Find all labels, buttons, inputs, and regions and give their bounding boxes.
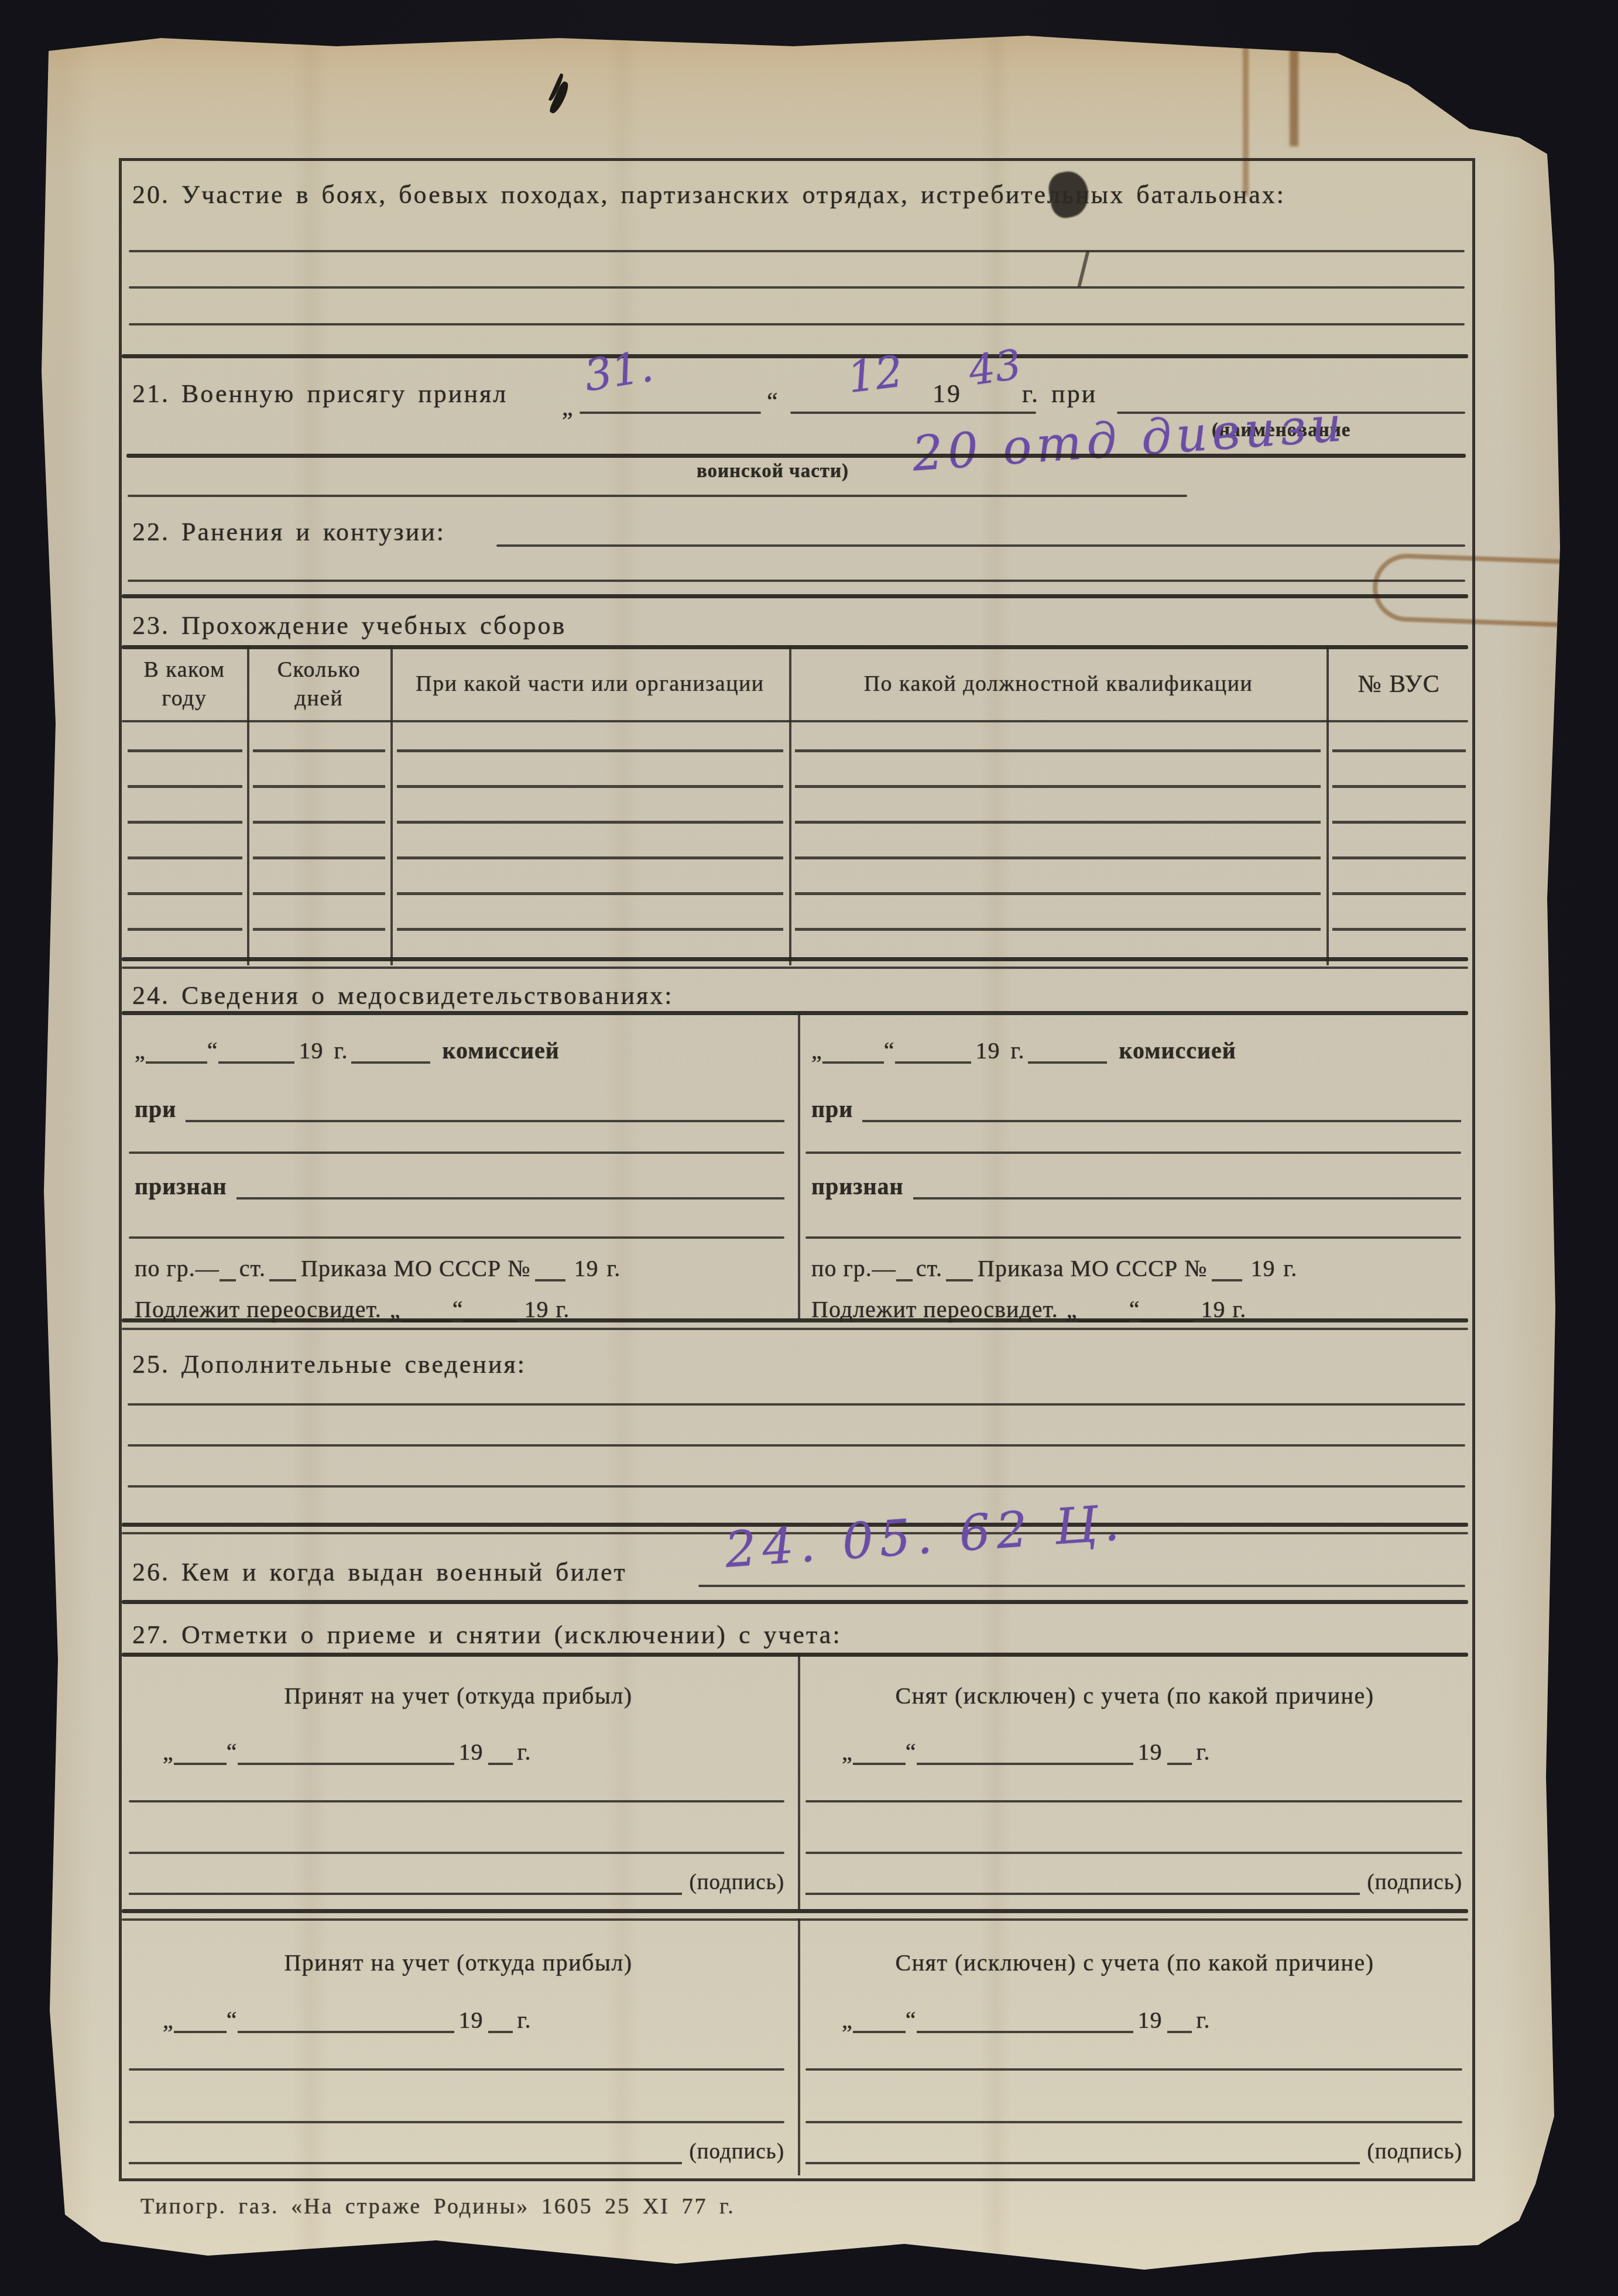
st-label: ст. xyxy=(913,1256,946,1281)
oath-month-line[interactable] xyxy=(790,412,1036,414)
table-divider xyxy=(1326,645,1329,965)
table-divider xyxy=(247,645,249,965)
med-order-row[interactable]: по гр.— ст. Приказа МО СССР № 19 г. xyxy=(811,1252,1297,1281)
year-19: 19 xyxy=(454,1739,488,1765)
year-19: 19 xyxy=(1242,1256,1283,1281)
med-pri-row[interactable]: при xyxy=(135,1093,784,1122)
med-order-row[interactable]: по гр.— ст. Приказа МО СССР № 19 г. xyxy=(135,1252,621,1281)
oath-year-prefix: 19 xyxy=(933,379,962,409)
blank xyxy=(917,1736,1133,1765)
ruled-line xyxy=(129,323,1465,325)
ruled-line xyxy=(805,1800,1462,1802)
section22-number: 22. xyxy=(132,518,170,546)
section26-title-text: Кем и когда выдан военный билет xyxy=(181,1558,627,1586)
close-quote: “ xyxy=(227,1739,238,1765)
open-quote: „ xyxy=(163,2007,174,2033)
section23-number: 23. xyxy=(132,611,170,640)
col-header-qualification: По какой должностной квалификации xyxy=(795,652,1322,717)
section22-title: 22. Ранения и контузии: xyxy=(132,517,445,547)
col-header-unit: При какой части или организации xyxy=(397,652,783,717)
blank xyxy=(129,2135,682,2164)
med-priznan-row[interactable]: признан xyxy=(135,1170,784,1200)
close-quote: “ xyxy=(227,2007,238,2033)
blank xyxy=(351,1034,430,1064)
table-bottom-border xyxy=(122,957,1468,961)
col-header-vus: № ВУС xyxy=(1329,652,1469,717)
year-19: 19 xyxy=(294,1038,334,1064)
form-frame: 20. Участие в боях, боевых походах, парт… xyxy=(119,158,1475,2181)
blank xyxy=(896,1252,913,1281)
ink-mark-top xyxy=(549,80,571,115)
section20-title: 20. Участие в боях, боевых походах, парт… xyxy=(132,180,1286,210)
blank xyxy=(269,1252,296,1281)
handwritten-day: 31. xyxy=(581,341,657,401)
blank xyxy=(535,1252,565,1281)
year-19: 19 xyxy=(454,2007,488,2033)
ruled-line xyxy=(805,1852,1462,1854)
printer-imprint: Типогр. газ. «На страже Родины» 1605 25 … xyxy=(140,2194,735,2219)
st-label: ст. xyxy=(236,1256,269,1281)
signature-row[interactable]: (подпись) xyxy=(129,2135,784,2164)
section23-title: 23. Прохождение учебных сборов xyxy=(132,611,566,640)
po-gr-label: по гр.— xyxy=(135,1256,220,1281)
handwritten-month: 12 xyxy=(845,347,906,403)
g-label: г. xyxy=(334,1038,352,1064)
ruled-line xyxy=(129,1800,784,1802)
wounds-line[interactable] xyxy=(496,544,1465,547)
blank xyxy=(946,1252,973,1281)
open-quote: „ xyxy=(135,1038,146,1064)
pri-label: при xyxy=(811,1096,862,1122)
ruled-line xyxy=(129,286,1465,289)
section22-title-text: Ранения и контузии: xyxy=(181,518,445,546)
blank xyxy=(853,1736,906,1765)
med-pri-row[interactable]: при xyxy=(811,1093,1461,1122)
podpis-label: (подпись) xyxy=(1360,2140,1462,2164)
blank xyxy=(917,2004,1133,2033)
blank xyxy=(805,2135,1360,2164)
uchet-removed-header: Снят (исключен) с учета (по какой причин… xyxy=(805,1678,1464,1714)
section-separator xyxy=(122,594,1468,598)
blank xyxy=(895,1034,971,1064)
section27-title: 27. Отметки о приеме и снятии (исключени… xyxy=(132,1620,842,1650)
close-quote: “ xyxy=(906,2007,917,2033)
close-quote: “ xyxy=(906,1739,917,1765)
year-19: 19 xyxy=(565,1256,606,1281)
ruled-line xyxy=(128,1485,1465,1488)
year-19: 19 xyxy=(1133,2007,1167,2033)
document-scan: 20. Участие в боях, боевых походах, парт… xyxy=(0,0,1618,2296)
open-quote: „ xyxy=(811,1038,822,1064)
blank xyxy=(220,1252,236,1281)
close-quote: “ xyxy=(884,1038,895,1064)
ruled-line xyxy=(805,1152,1461,1154)
blank xyxy=(174,2004,227,2033)
blank xyxy=(236,1170,784,1200)
ruled-line xyxy=(129,2121,784,2123)
g-label: г. xyxy=(513,2007,532,2033)
blank xyxy=(488,1736,513,1765)
ruled-line xyxy=(805,2068,1462,2071)
blank xyxy=(862,1093,1461,1122)
section23-title-text: Прохождение учебных сборов xyxy=(181,611,566,640)
section-separator xyxy=(122,1600,1468,1604)
podpis-label: (подпись) xyxy=(682,2140,784,2164)
section-separator xyxy=(122,354,1468,358)
section-separator xyxy=(122,1909,1468,1913)
section20-number: 20. xyxy=(132,180,170,209)
g-label: г. xyxy=(513,1739,532,1765)
section21-number: 21. xyxy=(132,379,170,408)
med-columns-divider xyxy=(798,1011,800,1318)
handwritten-issue-date: 24. 05. 62 Ц. xyxy=(723,1493,1126,1578)
ruled-line xyxy=(122,967,1468,969)
year-19: 19 xyxy=(971,1038,1011,1064)
col-header-days: Сколько дней xyxy=(252,652,386,717)
table-divider xyxy=(390,645,393,965)
signature-row[interactable]: (подпись) xyxy=(805,2135,1462,2164)
blank xyxy=(129,1866,682,1895)
blank xyxy=(146,1034,207,1064)
pri-label: при xyxy=(135,1096,186,1122)
blank xyxy=(822,1034,884,1064)
section25-title-text: Дополнительные сведения: xyxy=(181,1350,526,1379)
section20-title-text: Участие в боях, боевых походах, партизан… xyxy=(181,180,1286,209)
col-header-year: В каком году xyxy=(124,652,245,717)
section24-title: 24. Сведения о медосвидетельствованиях: xyxy=(132,981,673,1010)
uchet-accepted-header: Принят на учет (откуда прибыл) xyxy=(133,1945,783,1980)
ruled-line xyxy=(126,454,1466,458)
blank xyxy=(805,1866,1360,1895)
open-quote: „ xyxy=(163,1739,174,1765)
ruled-line xyxy=(805,2121,1462,2123)
priznan-label: признан xyxy=(135,1174,236,1200)
open-quote: „ xyxy=(562,394,573,421)
oath-day-line[interactable] xyxy=(580,412,761,414)
med-priznan-row[interactable]: признан xyxy=(811,1170,1461,1200)
blank xyxy=(1212,1252,1242,1281)
table-column-lines xyxy=(795,717,1321,961)
uchet-date-row[interactable]: „ “ 19 г. xyxy=(842,2004,1210,2033)
uchet-divider xyxy=(798,1918,800,2175)
g-label: г. xyxy=(1283,1256,1297,1281)
section25-title: 25. Дополнительные сведения: xyxy=(132,1349,526,1379)
blank xyxy=(1167,1736,1192,1765)
section26-title: 26. Кем и когда выдан военный билет xyxy=(132,1557,627,1587)
uchet-divider xyxy=(798,1653,800,1909)
commission-label: комиссией xyxy=(1107,1038,1236,1064)
section-separator xyxy=(122,1318,1468,1322)
commission-label: комиссией xyxy=(430,1038,559,1064)
prikaz-label: Приказа МО СССР № xyxy=(296,1256,535,1281)
g-label: г. xyxy=(1192,1739,1211,1765)
ruled-line xyxy=(122,1918,1468,1921)
open-quote: „ xyxy=(842,1739,853,1765)
section27-title-text: Отметки о приеме и снятии (исключении) с… xyxy=(181,1620,842,1649)
table-top-border xyxy=(122,645,1468,649)
ruled-line xyxy=(805,1236,1461,1239)
close-quote: “ xyxy=(767,388,778,415)
table-column-lines xyxy=(128,717,242,961)
blank xyxy=(186,1093,784,1122)
section21-label: 21. Военную присягу принял xyxy=(132,379,508,409)
po-gr-label: по гр.— xyxy=(811,1256,896,1281)
med-date-row[interactable]: „ “ 19 г. комиссией xyxy=(811,1034,1236,1064)
table-column-lines xyxy=(1332,717,1466,961)
ruled-line xyxy=(128,495,1187,497)
blank xyxy=(488,2004,513,2033)
med-exam-block-left: „ “ 19 г. комиссией при признан xyxy=(129,1011,790,1318)
table-divider xyxy=(789,645,791,965)
section-separator xyxy=(122,1653,1468,1657)
blank xyxy=(1028,1034,1107,1064)
section24-title-text: Сведения о медосвидетельствованиях: xyxy=(181,981,673,1010)
prikaz-label: Приказа МО СССР № xyxy=(973,1256,1212,1281)
g-label: г. xyxy=(1192,2007,1211,2033)
oath-suffix: г. при xyxy=(1022,379,1097,409)
ruled-line xyxy=(129,1852,784,1854)
section21-label-text: Военную присягу принял xyxy=(181,379,508,408)
blank xyxy=(174,1736,227,1765)
issued-by-line[interactable] xyxy=(698,1585,1465,1587)
ruled-line xyxy=(128,1444,1465,1447)
uchet-date-row[interactable]: „ “ 19 г. xyxy=(163,1736,531,1765)
handwritten-unit: 20 отд дивизи xyxy=(911,396,1348,482)
blank xyxy=(1167,2004,1192,2033)
blank xyxy=(853,2004,906,2033)
note-voinskoy-chasti: воинской части) xyxy=(697,461,849,482)
table-column-lines xyxy=(397,717,783,961)
ruled-line xyxy=(129,1152,784,1154)
open-quote: „ xyxy=(842,2007,853,2033)
blank xyxy=(913,1170,1461,1200)
blank xyxy=(238,1736,454,1765)
uchet-removed-header: Снят (исключен) с учета (по какой причин… xyxy=(805,1945,1464,1980)
table-column-lines xyxy=(253,717,385,961)
section25-number: 25. xyxy=(132,1350,170,1379)
ruled-line xyxy=(128,1403,1465,1406)
g-label: г. xyxy=(606,1256,621,1281)
podpis-label: (подпись) xyxy=(1360,1871,1462,1895)
section27-number: 27. xyxy=(132,1620,170,1649)
uchet-date-row[interactable]: „ “ 19 г. xyxy=(163,2004,531,2033)
close-quote: “ xyxy=(207,1038,218,1064)
podpis-label: (подпись) xyxy=(682,1871,784,1895)
med-exam-block-right: „ “ 19 г. комиссией при признан xyxy=(805,1011,1467,1318)
signature-row[interactable]: (подпись) xyxy=(129,1866,784,1895)
ruled-line xyxy=(122,1328,1468,1330)
uchet-date-row[interactable]: „ “ 19 г. xyxy=(842,1736,1210,1765)
signature-row[interactable]: (подпись) xyxy=(805,1866,1462,1895)
ruled-line xyxy=(129,250,1465,252)
ruled-line xyxy=(129,2068,784,2071)
g-label: г. xyxy=(1011,1038,1029,1064)
rust-streak-right xyxy=(1290,20,1298,146)
section24-number: 24. xyxy=(132,981,170,1010)
year-19: 19 xyxy=(1133,1739,1167,1765)
blank xyxy=(238,2004,454,2033)
ruled-line xyxy=(128,580,1465,582)
ruled-line xyxy=(129,1236,784,1239)
uchet-accepted-header: Принят на учет (откуда прибыл) xyxy=(133,1678,783,1714)
priznan-label: признан xyxy=(811,1174,913,1200)
blank xyxy=(218,1034,294,1064)
handwritten-year: 43 xyxy=(966,340,1024,395)
section26-number: 26. xyxy=(132,1558,170,1586)
paper-sheet: 20. Участие в боях, боевых походах, парт… xyxy=(32,20,1561,2276)
med-date-row[interactable]: „ “ 19 г. комиссией xyxy=(135,1034,560,1064)
